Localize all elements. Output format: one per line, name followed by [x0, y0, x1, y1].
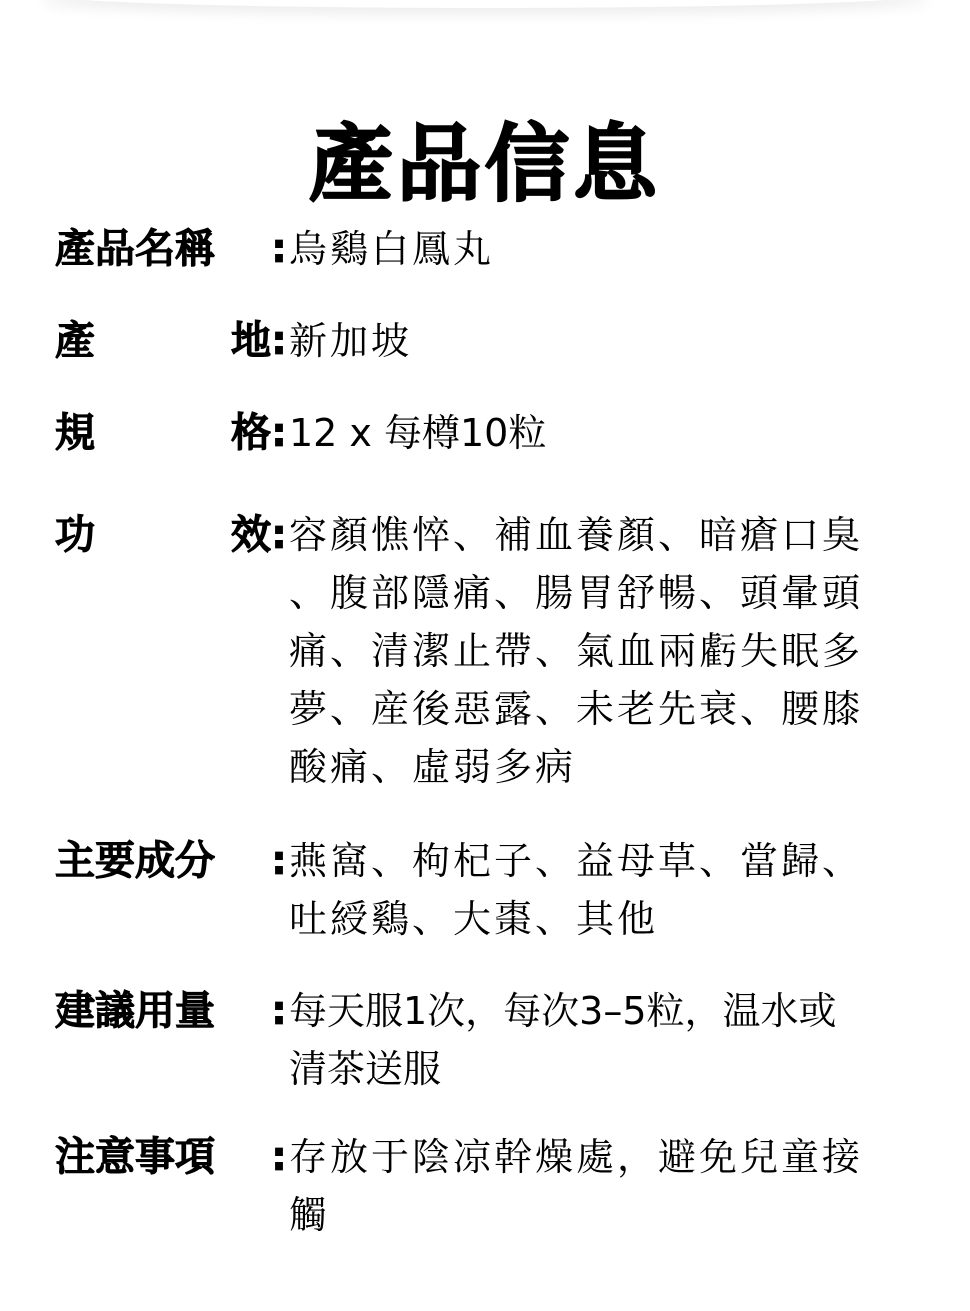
value-line: 酸痛、虛弱多病 [289, 738, 935, 796]
label-colon: : [271, 318, 287, 364]
label-colon: : [271, 982, 287, 1040]
field-value: 每天服1次，每次3–5粒，温水或 清茶送服 [287, 982, 935, 1098]
info-row-specification: 規 格: 12 x 每樽10粒 [55, 404, 935, 462]
info-row-efficacy: 功 效: 容顏憔悴、補血養顏、暗瘡口臭 、腹部隱痛、腸胃舒暢、頭暈頭 痛、清潔止… [55, 506, 935, 796]
value-line: 存放于陰凉幹燥處，避免兒童接 [289, 1128, 935, 1186]
field-value: 12 x 每樽10粒 [287, 404, 935, 462]
label-tail: 效: [231, 506, 287, 564]
label-text: 產品名稱 [55, 220, 215, 278]
value-line: 吐綬鷄、大棗、其他 [289, 890, 935, 948]
value-line: 清茶送服 [289, 1040, 935, 1098]
label-text: 主要成分 [55, 832, 215, 890]
label-colon: : [271, 1128, 287, 1186]
field-label: 產 地: [55, 312, 287, 370]
value-line: 夢、産後惡露、未老先衰、腰膝 [289, 680, 935, 738]
label-text-last: 效 [231, 506, 271, 564]
field-value: 存放于陰凉幹燥處，避免兒童接 觸 [287, 1128, 935, 1244]
field-label: 注意事項 : [55, 1128, 287, 1186]
value-line: 、腹部隱痛、腸胃舒暢、頭暈頭 [289, 564, 935, 622]
label-colon: : [271, 220, 287, 278]
field-label: 建議用量 : [55, 982, 287, 1040]
info-row-ingredients: 主要成分 : 燕窩、枸杞子、益母草、當歸、 吐綬鷄、大棗、其他 [55, 832, 935, 948]
field-value: 烏鷄白鳳丸 [287, 220, 935, 278]
field-value: 燕窩、枸杞子、益母草、當歸、 吐綬鷄、大棗、其他 [287, 832, 935, 948]
label-text-last: 格 [231, 404, 271, 462]
info-row-product-name: 產品名稱 : 烏鷄白鳳丸 [55, 220, 935, 278]
value-line: 觸 [289, 1186, 935, 1244]
label-tail: 地: [231, 312, 287, 370]
label-colon: : [271, 512, 287, 558]
field-value: 新加坡 [287, 312, 935, 370]
value-line: 痛、清潔止帶、氣血兩虧失眠多 [289, 622, 935, 680]
top-edge-shadow [40, 0, 930, 8]
value-line: 每天服1次，每次3–5粒，温水或 [289, 982, 935, 1040]
label-text: 注意事項 [55, 1128, 215, 1186]
label-tail: 格: [231, 404, 287, 462]
label-colon: : [271, 410, 287, 456]
info-row-precautions: 注意事項 : 存放于陰凉幹燥處，避免兒童接 觸 [55, 1128, 935, 1244]
label-text-last: 地 [231, 312, 271, 370]
field-label: 主要成分 : [55, 832, 287, 890]
field-label: 產品名稱 : [55, 220, 287, 278]
value-line: 燕窩、枸杞子、益母草、當歸、 [289, 832, 935, 890]
label-text-first: 功 [55, 506, 95, 564]
value-line: 容顏憔悴、補血養顏、暗瘡口臭 [289, 506, 935, 564]
info-row-origin: 產 地: 新加坡 [55, 312, 935, 370]
page-title: 產品信息 [0, 118, 970, 210]
field-value: 容顏憔悴、補血養顏、暗瘡口臭 、腹部隱痛、腸胃舒暢、頭暈頭 痛、清潔止帶、氣血兩… [287, 506, 935, 796]
label-text-first: 產 [55, 312, 95, 370]
field-label: 功 效: [55, 506, 287, 564]
label-text: 建議用量 [55, 982, 215, 1040]
label-text-first: 規 [55, 404, 95, 462]
field-label: 規 格: [55, 404, 287, 462]
info-row-dosage: 建議用量 : 每天服1次，每次3–5粒，温水或 清茶送服 [55, 982, 935, 1098]
label-colon: : [271, 832, 287, 890]
